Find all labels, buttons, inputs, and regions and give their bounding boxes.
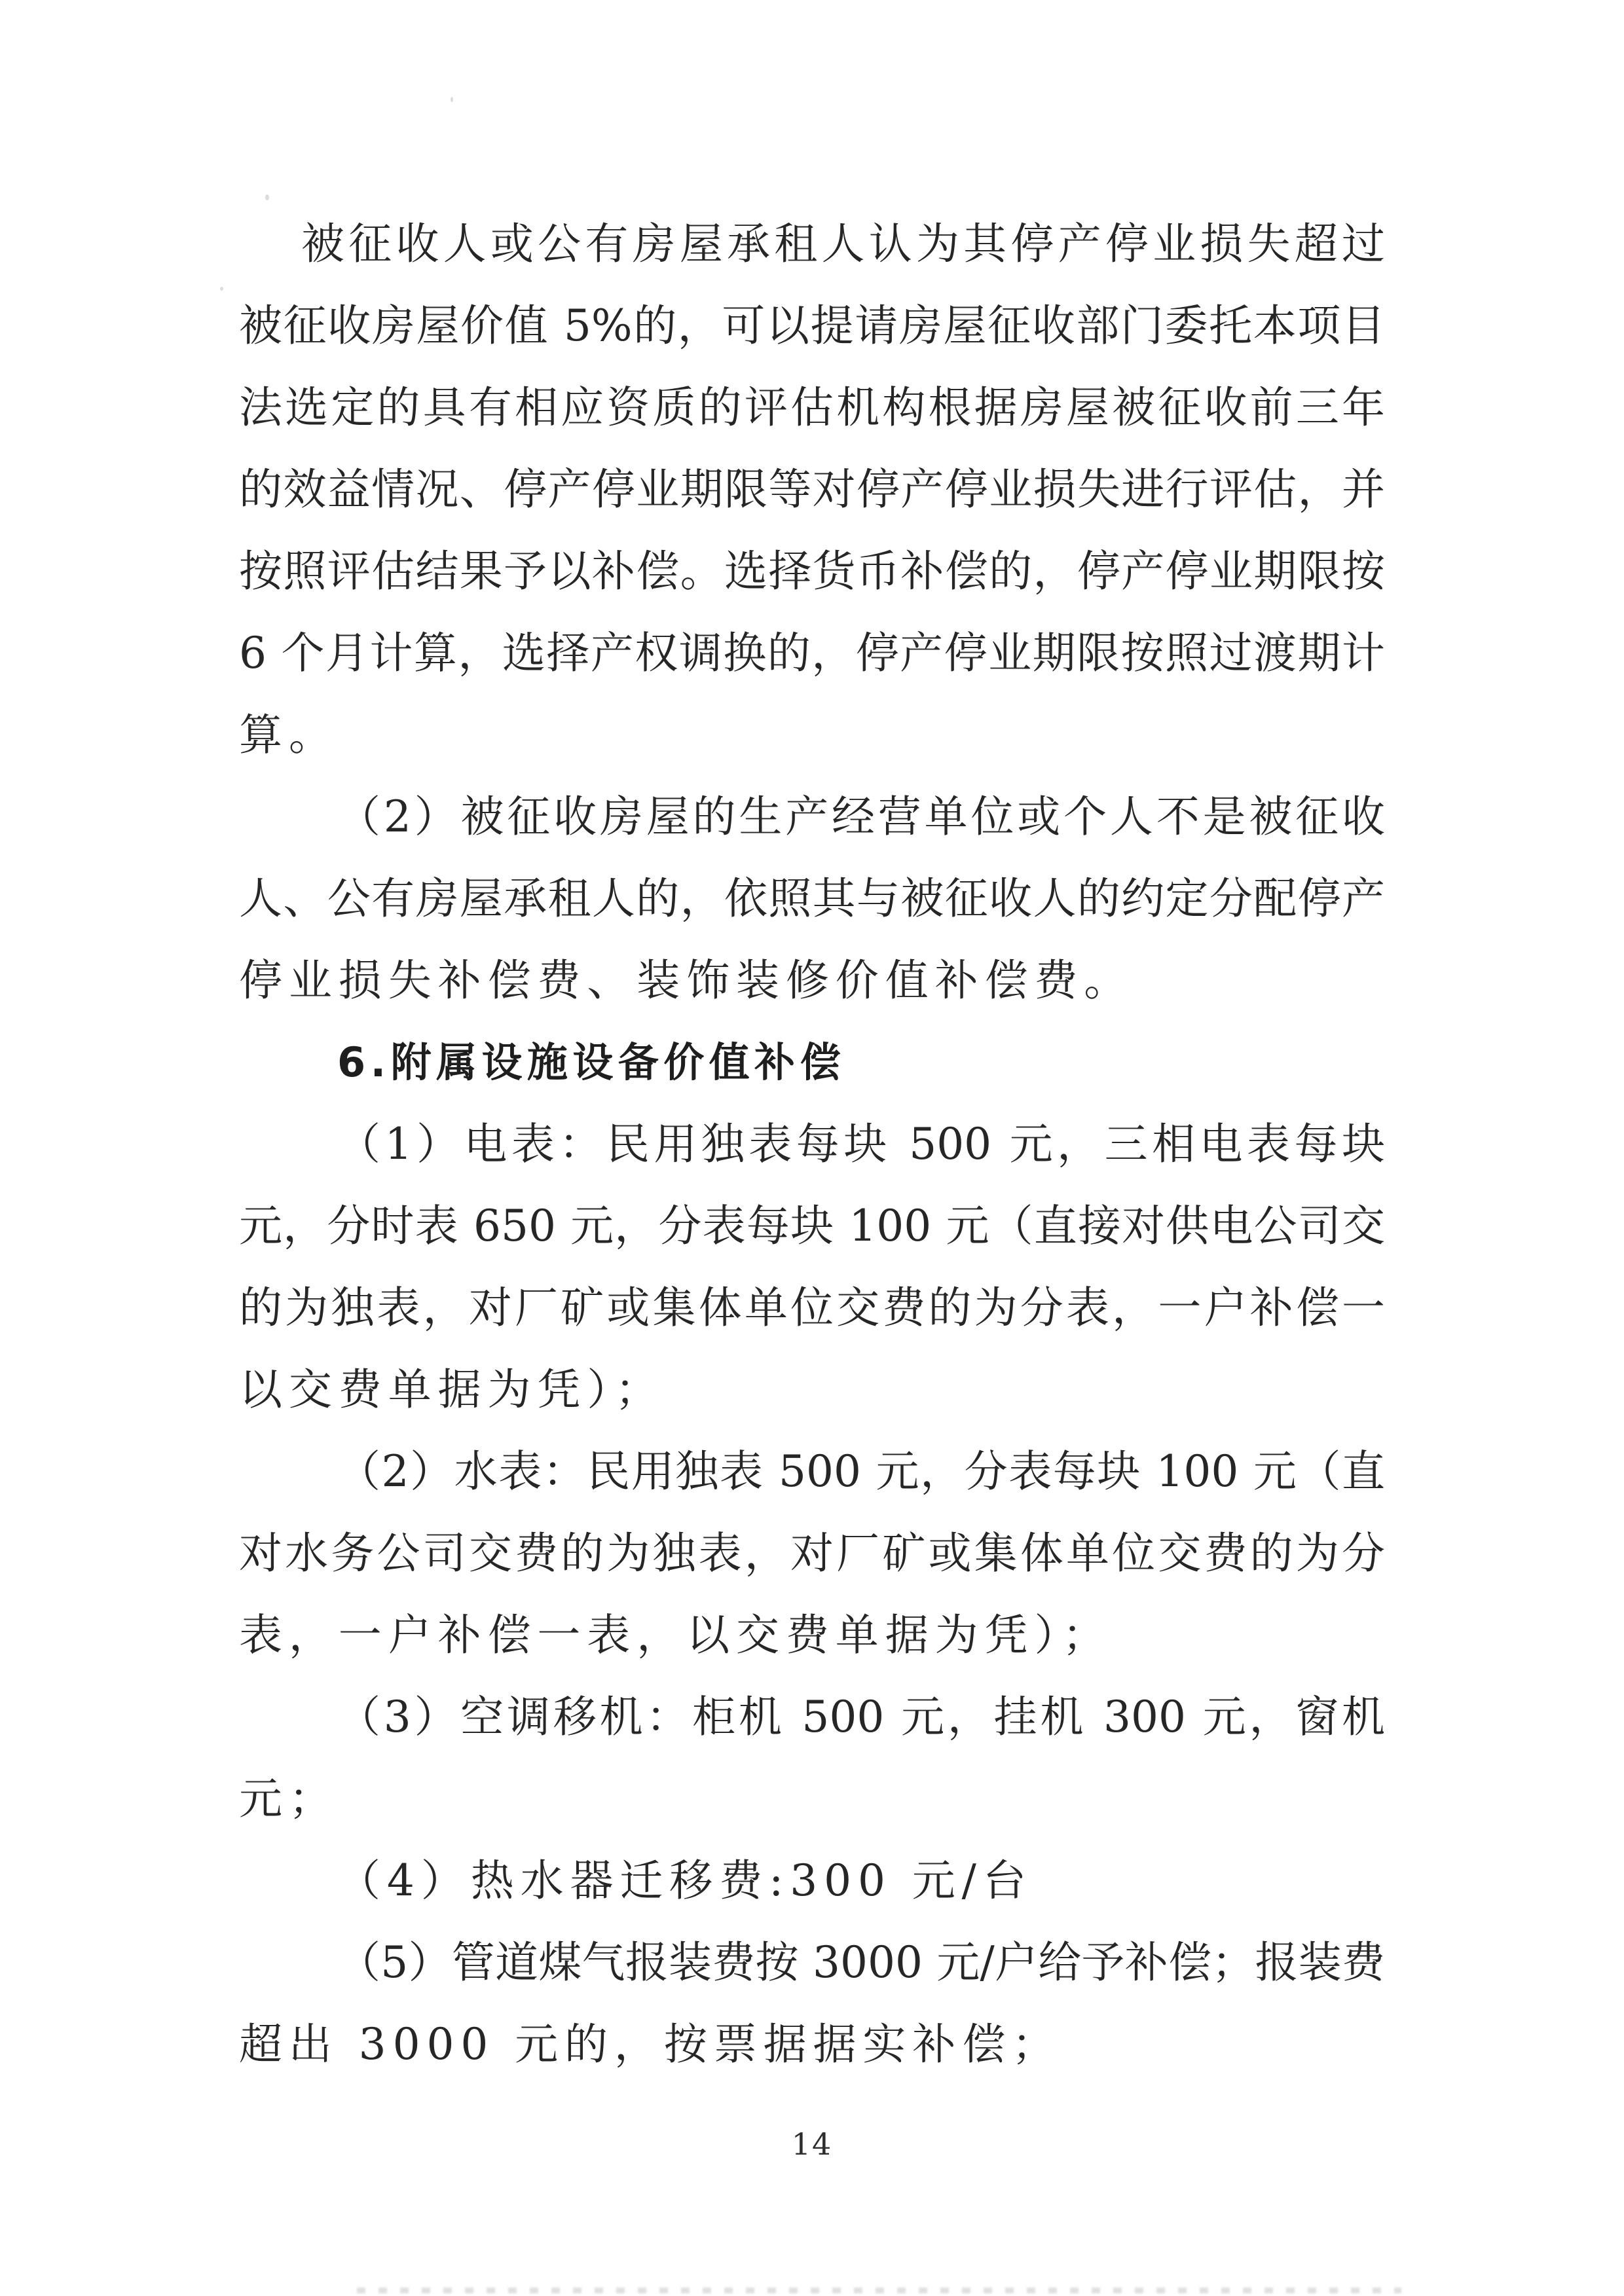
text-line: 对水务公司交费的为独表，对厂矿或集体单位交费的为分 — [239, 1512, 1385, 1594]
text-line: 人、公有房屋承租人的，依照其与被征收人的约定分配停产 — [239, 858, 1385, 939]
text-line: 按照评估结果予以补偿。选择货币补偿的，停产停业期限按 — [239, 530, 1385, 612]
text-line: 表，一户补偿一表，以交费单据为凭）； — [239, 1594, 1385, 1676]
bottom-cutoff-text-strip — [357, 2287, 1401, 2293]
text-line: 的为独表，对厂矿或集体单位交费的为分表，一户补偿一表， — [239, 1267, 1385, 1349]
text-line: 算。 — [239, 694, 1385, 776]
text-line: 被征收人或公有房屋承租人认为其停产停业损失超过 — [239, 203, 1385, 285]
text-line: （5）管道煤气报装费按 3000 元/户给予补偿；报装费 — [239, 1922, 1385, 2003]
text-line: （2）被征收房屋的生产经营单位或个人不是被征收 — [239, 776, 1385, 858]
text-line: 法选定的具有相应资质的评估机构根据房屋被征收前三年 — [239, 367, 1385, 448]
page-number: 14 — [0, 2126, 1624, 2162]
text-line: 元； — [239, 1758, 1385, 1840]
text-line: 元，分时表 650 元，分表每块 100 元（直接对供电公司交费 — [239, 1185, 1385, 1267]
text-line: 超出 3000 元的，按票据据实补偿； — [239, 2003, 1385, 2085]
text-line: 被征收房屋价值 5%的，可以提请房屋征收部门委托本项目依 — [239, 285, 1385, 367]
scan-speck — [220, 287, 223, 291]
document-page: 被征收人或公有房屋承租人认为其停产停业损失超过 被征收房屋价值 5%的，可以提请… — [0, 0, 1624, 2296]
text-line: （1）电表：民用独表每块 500 元，三相电表每块 980 — [239, 1103, 1385, 1185]
text-line: 的效益情况、停产停业期限等对停产停业损失进行评估，并 — [239, 448, 1385, 530]
scan-speck — [265, 194, 269, 200]
section-heading: 6.附属设施设备价值补偿 — [239, 1021, 1385, 1103]
text-block: 被征收人或公有房屋承租人认为其停产停业损失超过 被征收房屋价值 5%的，可以提请… — [239, 203, 1385, 2085]
text-line: 停业损失补偿费、装饰装修价值补偿费。 — [239, 939, 1385, 1021]
text-line: （2）水表：民用独表 500 元，分表每块 100 元（直接 — [239, 1430, 1385, 1512]
text-line: 以交费单据为凭）； — [239, 1349, 1385, 1430]
text-line: （4）热水器迁移费:300 元/台 — [239, 1840, 1385, 1922]
text-line: 6 个月计算，选择产权调换的，停产停业期限按照过渡期计 — [239, 612, 1385, 694]
text-line: （3）空调移机：柜机 500 元，挂机 300 元，窗机 200 — [239, 1676, 1385, 1758]
scan-speck — [451, 97, 453, 102]
